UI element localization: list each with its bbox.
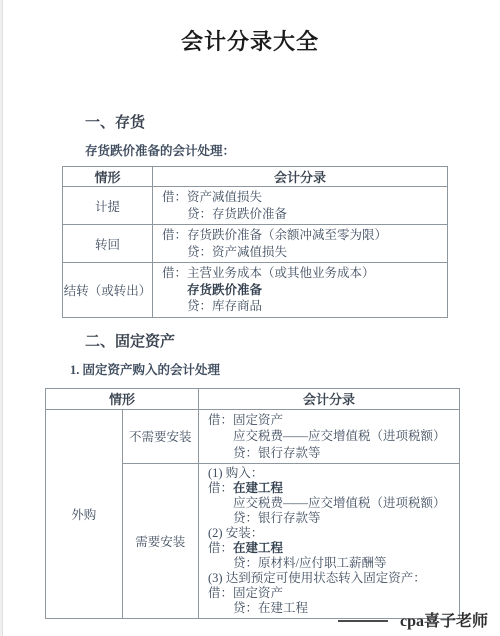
situation-cell: 结转（或转出）	[63, 263, 153, 318]
section1-subtitle: 存货跌价准备的会计处理：	[0, 142, 500, 160]
section1-heading: 一、存货	[0, 113, 500, 134]
table-row-reversal: 转回 借：存货跌价准备（余额冲减至零为限）贷：资产减值损失	[63, 225, 448, 263]
fixed-asset-table-header-row: 情形 会计分录	[46, 388, 460, 409]
fixed-asset-header-situation: 情形	[46, 388, 199, 409]
inventory-header-entry: 会计分录	[153, 167, 448, 187]
entry-cell: (1) 购入：借：在建工程应交税费——应交增值税（进项税额）贷：银行存款等(2)…	[199, 464, 460, 619]
situation-cell: 计提	[63, 187, 153, 225]
table-row-no-installation: 外购 不需要安装 借：固定资产应交税费——应交增值税（进项税额）贷：银行存款等	[46, 409, 460, 464]
entry-cell: 借：存货跌价准备（余额冲减至零为限）贷：资产减值损失	[153, 225, 448, 263]
table-row-carryforward: 结转（或转出） 借：主营业务成本（或其他业务成本）存货跌价准备贷：库存商品	[63, 263, 448, 318]
fixed-asset-header-entry: 会计分录	[199, 388, 460, 409]
section2-subtitle: 1. 固定资产购入的会计处理	[0, 361, 500, 379]
situation-cell: 不需要安装	[122, 409, 199, 464]
entry-cell: 借：资产减值损失贷：存货跌价准备	[153, 187, 448, 225]
table-row-accrual: 计提 借：资产减值损失贷：存货跌价准备	[63, 187, 448, 225]
inventory-header-situation: 情形	[63, 167, 153, 187]
page-title: 会计分录大全	[0, 0, 500, 57]
fixed-asset-table: 情形 会计分录 外购 不需要安装 借：固定资产应交税费——应交增值税（进项税额）…	[45, 388, 460, 620]
page-edge	[0, 0, 3, 636]
situation-cell: 转回	[63, 225, 153, 263]
section2-heading: 二、固定资产	[0, 332, 500, 353]
entry-cell: 借：固定资产应交税费——应交增值税（进项税额）贷：银行存款等	[199, 409, 460, 464]
document-page: 会计分录大全 一、存货 存货跌价准备的会计处理： 情形 会计分录 计提 借：资产…	[0, 0, 500, 636]
inventory-table-header-row: 情形 会计分录	[63, 167, 448, 187]
situation-cell: 需要安装	[122, 464, 199, 619]
entry-cell: 借：主营业务成本（或其他业务成本）存货跌价准备贷：库存商品	[153, 263, 448, 318]
inventory-table: 情形 会计分录 计提 借：资产减值损失贷：存货跌价准备 转回 借：存货跌价准备（…	[62, 166, 448, 318]
watermark: cpa喜子老师	[338, 612, 488, 632]
group-label-cell: 外购	[46, 409, 123, 619]
watermark-dash-line	[338, 620, 388, 622]
watermark-author: cpa喜子老师	[400, 613, 488, 630]
